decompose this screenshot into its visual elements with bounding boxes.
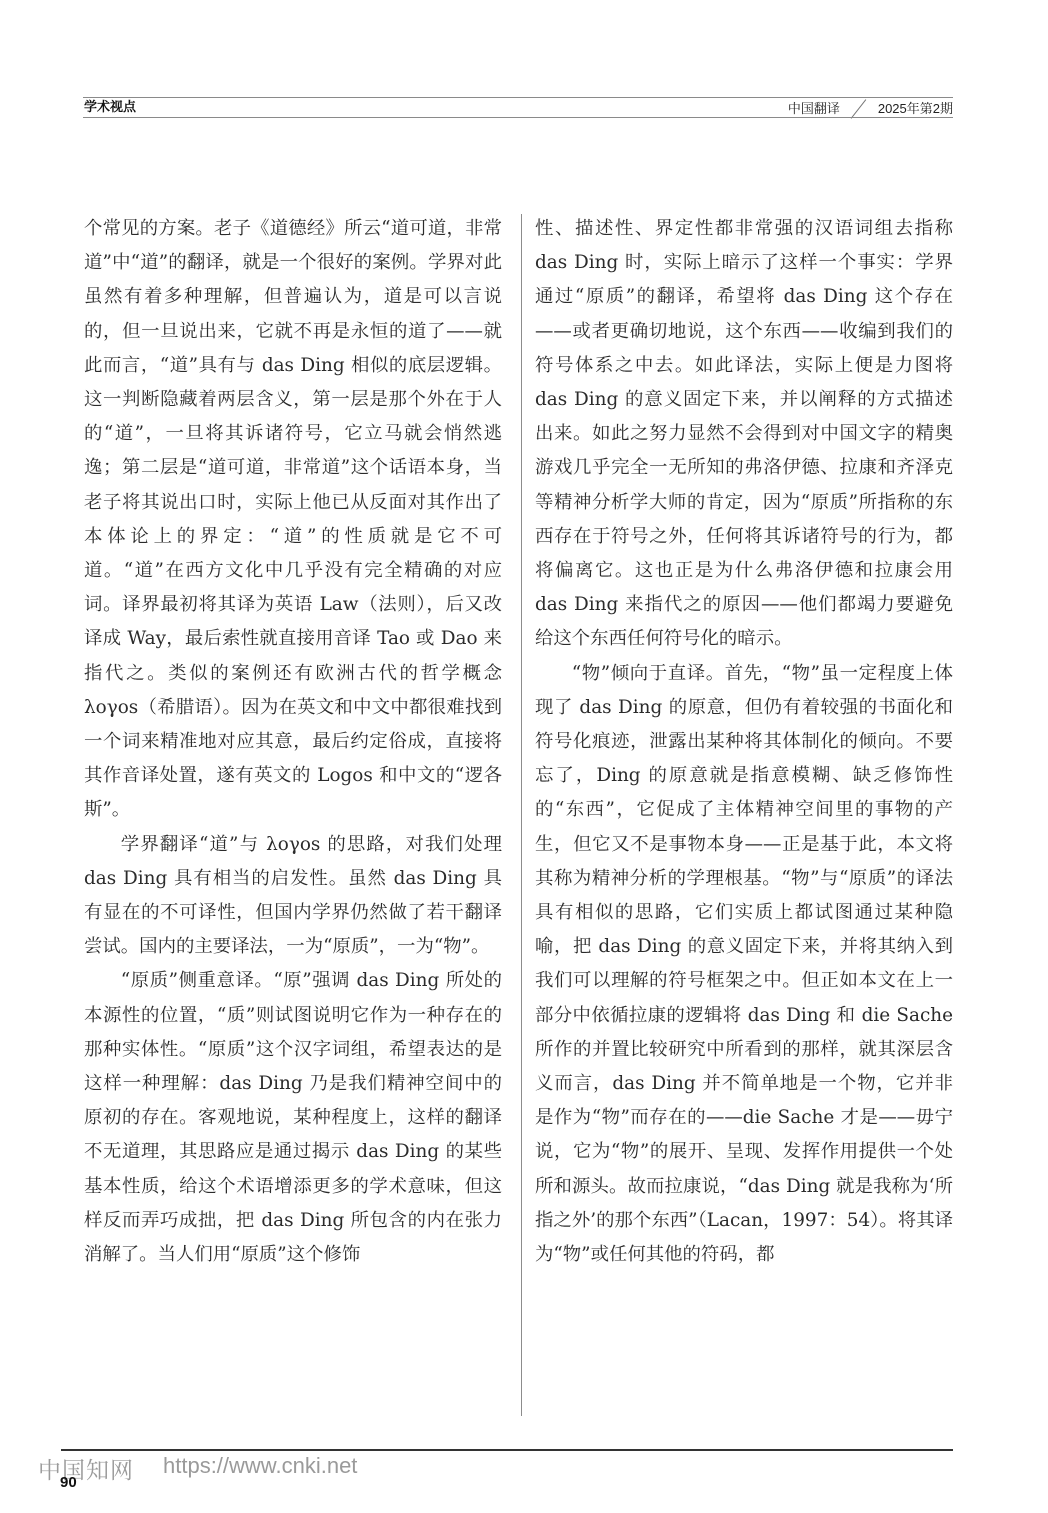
paragraph: 性、描述性、界定性都非常强的汉语词组去指称 das Ding 时，实际上暗示了这… [535,212,953,657]
header-top-rule [83,97,953,98]
section-label: 学术视点 [84,99,136,116]
left-column: 个常见的方案。老子《道德经》所云“道可道，非常道”中“道”的翻译，就是一个很好的… [84,212,502,1272]
journal-info: 中国翻译 2025年第2期 [788,99,953,117]
paragraph: “原质”侧重意译。“原”强调 das Ding 所处的本源性的位置，“质”则试图… [84,964,502,1272]
paragraph: 个常见的方案。老子《道德经》所云“道可道，非常道”中“道”的翻译，就是一个很好的… [84,212,502,828]
cnki-watermark-url: https://www.cnki.net [163,1453,357,1479]
column-divider [521,214,522,1416]
paragraph: 学界翻译“道”与 λογos 的思路，对我们处理 das Ding 具有相当的启… [84,828,502,965]
paragraph: “物”倾向于直译。首先，“物”虽一定程度上体现了 das Ding 的原意，但仍… [535,657,953,1273]
issue-label: 2025年第2期 [878,100,953,117]
page-number: 90 [60,1474,77,1491]
slash-divider-icon [848,99,870,117]
header-bottom-rule [83,117,953,118]
right-column: 性、描述性、界定性都非常强的汉语词组去指称 das Ding 时，实际上暗示了这… [535,212,953,1272]
journal-name: 中国翻译 [788,100,840,117]
footer-rule [61,1449,953,1451]
cnki-watermark: 中国知网 [38,1452,134,1485]
